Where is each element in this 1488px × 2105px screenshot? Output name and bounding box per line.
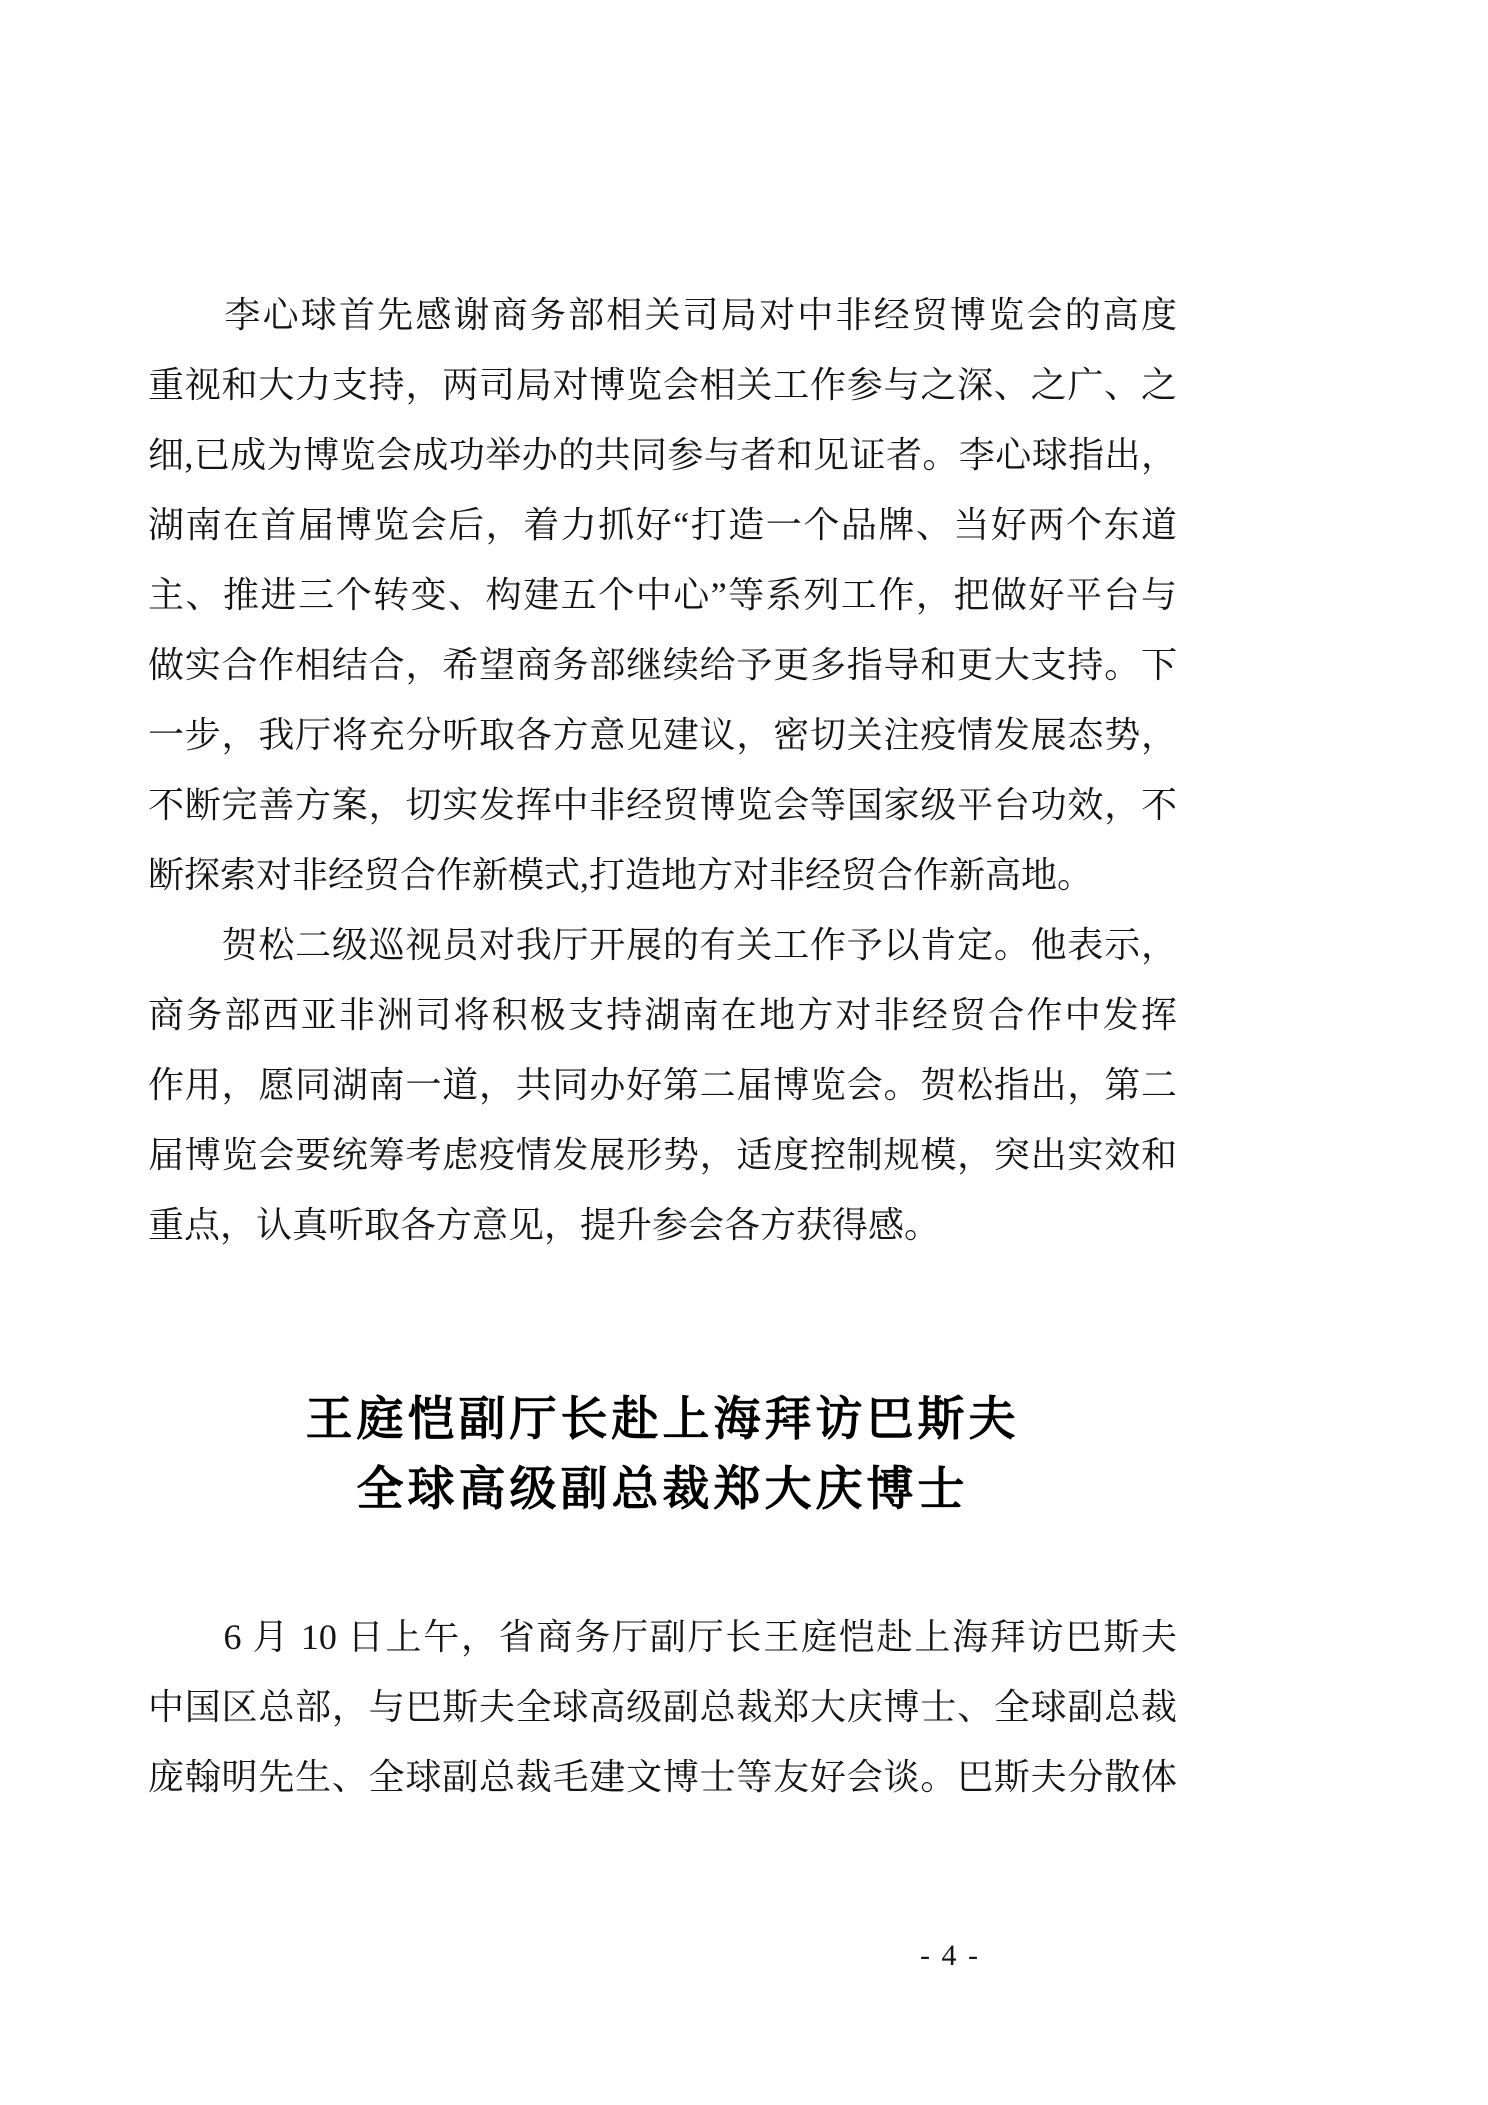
text-line: 6 月 10 日上午，省商务厅副厅长王庭恺赴上海拜访巴斯夫 <box>148 1602 1177 1672</box>
text-line: 商务部西亚非洲司将积极支持湖南在地方对非经贸合作中发挥 <box>148 980 1177 1050</box>
paragraph-1: 李心球首先感谢商务部相关司局对中非经贸博览会的高度重视和大力支持，两司局对博览会… <box>148 280 1177 910</box>
text-line: 重视和大力支持，两司局对博览会相关工作参与之深、之广、之 <box>148 350 1177 420</box>
text-line: 李心球首先感谢商务部相关司局对中非经贸博览会的高度 <box>148 280 1177 350</box>
text-line: 断探索对非经贸合作新模式,打造地方对非经贸合作新高地。 <box>148 840 1177 910</box>
body-text-after-heading: 6 月 10 日上午，省商务厅副厅长王庭恺赴上海拜访巴斯夫中国区总部，与巴斯夫全… <box>148 1602 1177 1812</box>
text-line: 重点，认真听取各方意见，提升参会各方获得感。 <box>148 1190 1177 1260</box>
page-number: - 4 - <box>880 1936 1020 1976</box>
text-line: 主、推进三个转变、构建五个中心”等系列工作，把做好平台与 <box>148 560 1177 630</box>
text-line: 中国区总部，与巴斯夫全球高级副总裁郑大庆博士、全球副总裁 <box>148 1672 1177 1742</box>
text-line: 作用，愿同湖南一道，共同办好第二届博览会。贺松指出，第二 <box>148 1050 1177 1120</box>
paragraph-3: 6 月 10 日上午，省商务厅副厅长王庭恺赴上海拜访巴斯夫中国区总部，与巴斯夫全… <box>148 1602 1177 1812</box>
section-heading-line-1: 王庭恺副厅长赴上海拜访巴斯夫 <box>148 1385 1177 1455</box>
text-line: 一步，我厅将充分听取各方意见建议，密切关注疫情发展态势， <box>148 700 1177 770</box>
text-line: 不断完善方案，切实发挥中非经贸博览会等国家级平台功效，不 <box>148 770 1177 840</box>
body-text-before-heading: 李心球首先感谢商务部相关司局对中非经贸博览会的高度重视和大力支持，两司局对博览会… <box>148 280 1177 1260</box>
text-line: 做实合作相结合，希望商务部继续给予更多指导和更大支持。下 <box>148 630 1177 700</box>
paragraph-2: 贺松二级巡视员对我厅开展的有关工作予以肯定。他表示，商务部西亚非洲司将积极支持湖… <box>148 910 1177 1260</box>
text-line: 庞翰明先生、全球副总裁毛建文博士等友好会谈。巴斯夫分散体 <box>148 1742 1177 1812</box>
section-heading-line-2: 全球高级副总裁郑大庆博士 <box>148 1455 1177 1525</box>
section-heading: 王庭恺副厅长赴上海拜访巴斯夫 全球高级副总裁郑大庆博士 <box>148 1385 1177 1525</box>
text-line: 贺松二级巡视员对我厅开展的有关工作予以肯定。他表示， <box>148 910 1177 980</box>
document-page: 李心球首先感谢商务部相关司局对中非经贸博览会的高度重视和大力支持，两司局对博览会… <box>0 0 1488 2105</box>
text-line: 届博览会要统筹考虑疫情发展形势，适度控制规模，突出实效和 <box>148 1120 1177 1190</box>
text-line: 细,已成为博览会成功举办的共同参与者和见证者。李心球指出， <box>148 420 1177 490</box>
text-line: 湖南在首届博览会后，着力抓好“打造一个品牌、当好两个东道 <box>148 490 1177 560</box>
